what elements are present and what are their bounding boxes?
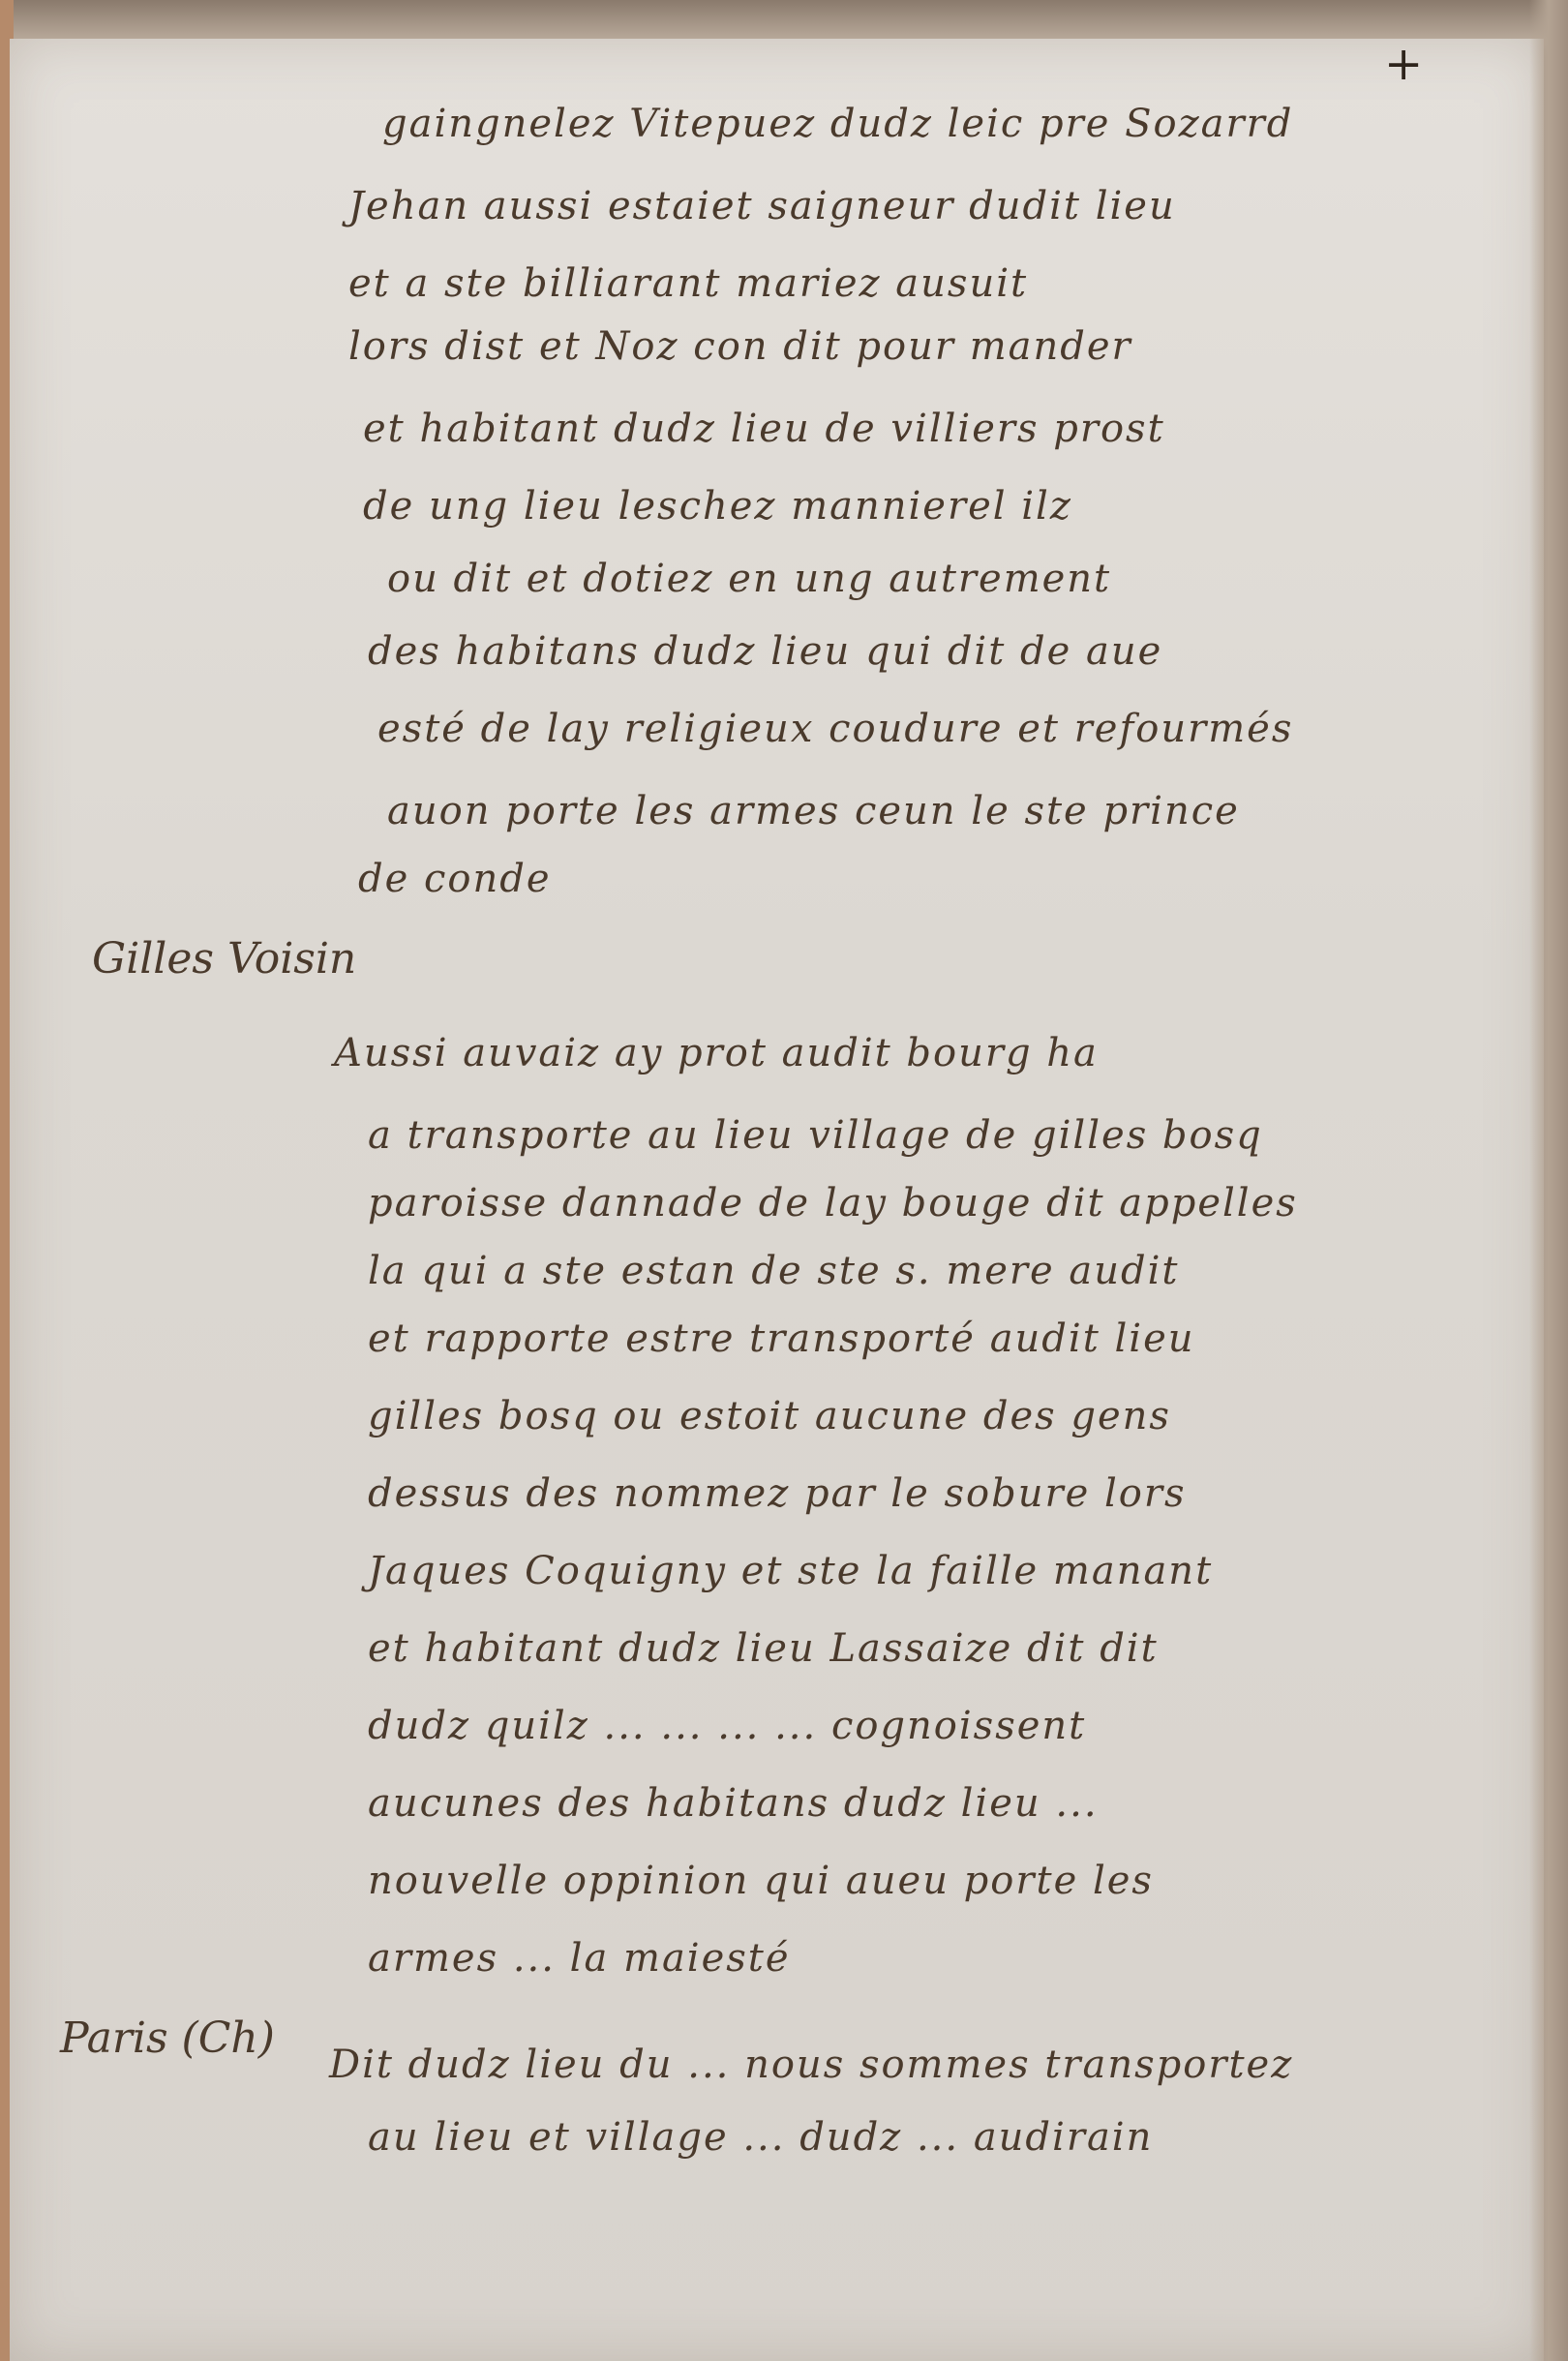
text-line: et a ste billiarant mariez ausuit (348, 261, 1028, 306)
text-line: paroisse dannade de lay bouge dit appell… (368, 1181, 1298, 1226)
text-line: de conde (358, 857, 552, 901)
text-line: Jaques Coquigny et ste la faille manant (368, 1549, 1213, 1593)
text-line: et rapporte estre transporté audit lieu (368, 1317, 1195, 1361)
text-line: et habitant dudz lieu de villiers prost (363, 407, 1165, 451)
text-line: gaingnelez Vitepuez dudz leic pre Sozarr… (382, 102, 1293, 146)
page-right-edge (1529, 0, 1568, 2361)
text-line: ou dit et dotiez en ung autrement (387, 557, 1111, 601)
text-line: aucunes des habitans dudz lieu ... (368, 1781, 1099, 1826)
text-line: gilles bosq ou estoit aucune des gens (368, 1394, 1171, 1438)
text-line: au lieu et village ... dudz ... audirain (368, 2115, 1153, 2160)
text-line: et habitant dudz lieu Lassaize dit dit (368, 1626, 1159, 1671)
margin-note-gilles-voisin: Gilles Voisin (92, 934, 356, 984)
folio-cross-mark: + (1384, 37, 1423, 91)
text-line: dessus des nommez par le sobure lors (368, 1471, 1187, 1516)
text-line: armes ... la maiesté (368, 1936, 791, 1981)
text-line: Dit dudz lieu du ... nous sommes transpo… (329, 2043, 1293, 2087)
text-line: la qui a ste estan de ste s. mere audit (368, 1249, 1180, 1293)
text-line: auon porte les armes ceun le ste prince (387, 789, 1240, 833)
text-line: lors dist et Noz con dit pour mander (348, 324, 1132, 369)
margin-note-paris: Paris (Ch) (60, 2013, 275, 2063)
text-line: de ung lieu leschez mannierel ilz (363, 484, 1072, 529)
text-line: a transporte au lieu village de gilles b… (368, 1113, 1263, 1158)
text-line: Aussi auvaiz ay prot audit bourg ha (334, 1031, 1099, 1075)
text-line: Jehan aussi estaiet saigneur dudit lieu (348, 184, 1176, 228)
text-line: dudz quilz ... ... ... ... cognoissent (368, 1704, 1086, 1748)
text-line: nouvelle oppinion qui aueu porte les (368, 1859, 1154, 1903)
text-line: esté de lay religieux coudure et refourm… (377, 707, 1293, 751)
text-line: des habitans dudz lieu qui dit de aue (368, 629, 1162, 674)
